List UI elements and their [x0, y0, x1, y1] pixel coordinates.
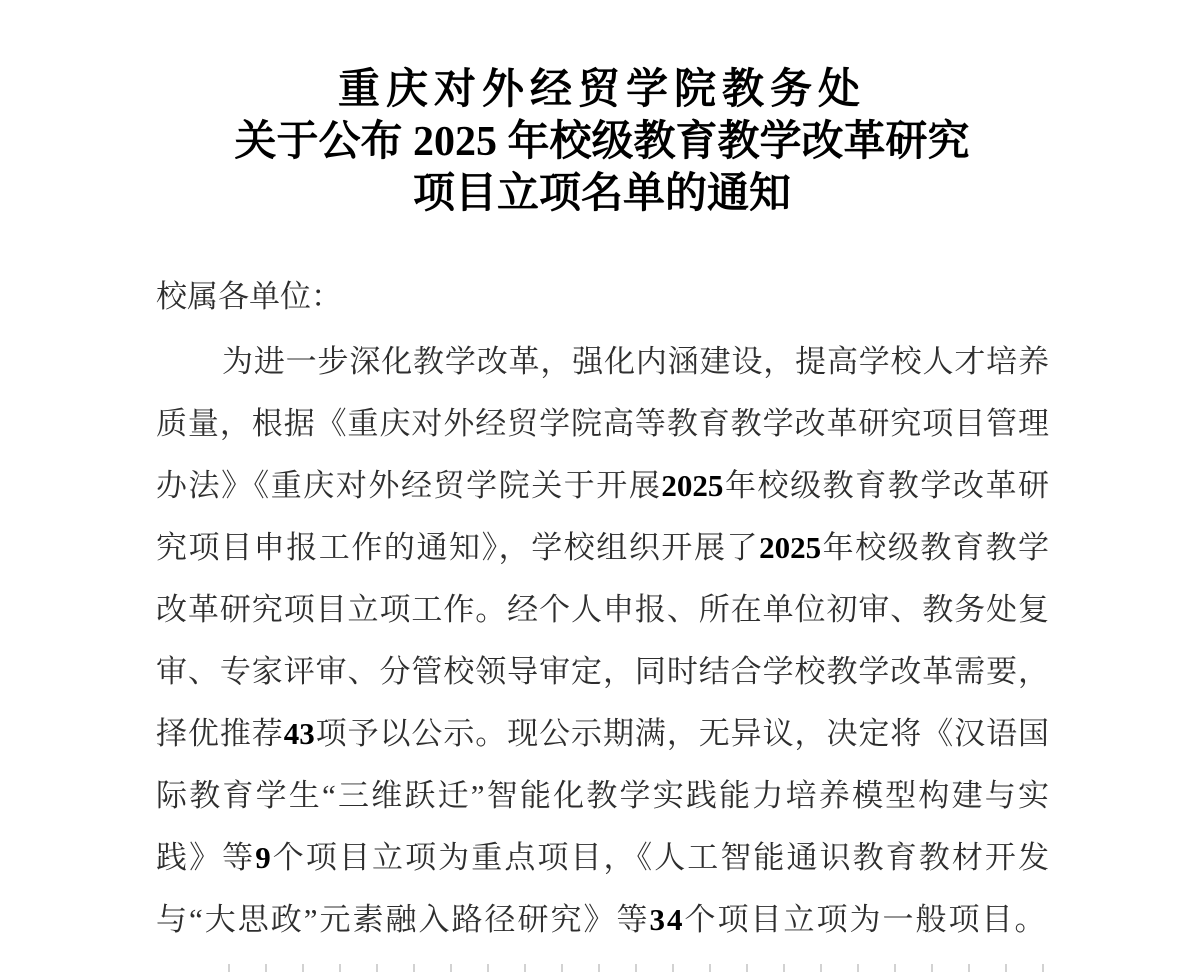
clipped-next-line-fragment [228, 964, 1050, 972]
notice-body-paragraph: 为进一步深化教学改革，强化内涵建设，提高学校人才培养 质量，根据《重庆对外经贸学… [156, 331, 1049, 951]
body-line: 质量，根据《重庆对外经贸学院高等教育教学改革研究项目管理 [156, 393, 1049, 455]
document-page: 重庆对外经贸学院教务处 关于公布 2025 年校级教育教学改革研究 项目立项名单… [0, 0, 1186, 972]
body-line: 改革研究项目立项工作。经个人申报、所在单位初审、教务处复 [156, 579, 1049, 641]
title-line: 重庆对外经贸学院教务处 [155, 64, 1049, 116]
notice-title: 重庆对外经贸学院教务处 关于公布 2025 年校级教育教学改革研究 项目立项名单… [155, 64, 1049, 220]
body-line: 审、专家评审、分管校领导审定，同时结合学校教学改革需要， [156, 641, 1049, 703]
body-line: 际教育学生“三维跃迁”智能化教学实践能力培养模型构建与实 [156, 765, 1049, 827]
salutation: 校属各单位： [156, 280, 342, 314]
body-line: 为进一步深化教学改革，强化内涵建设，提高学校人才培养 [156, 331, 1049, 393]
title-line: 项目立项名单的通知 [155, 168, 1049, 220]
body-line: 办法》《重庆对外经贸学院关于开展2025年校级教育教学改革研 [156, 455, 1049, 517]
body-line: 与“大思政”元素融入路径研究》等34个项目立项为一般项目。 [156, 889, 1049, 951]
body-line: 择优推荐43项予以公示。现公示期满，无异议，决定将《汉语国 [156, 703, 1049, 765]
title-line: 关于公布 2025 年校级教育教学改革研究 [155, 116, 1049, 168]
body-line: 究项目申报工作的通知》，学校组织开展了2025年校级教育教学 [156, 517, 1049, 579]
body-line: 践》等9个项目立项为重点项目，《人工智能通识教育教材开发 [156, 827, 1049, 889]
